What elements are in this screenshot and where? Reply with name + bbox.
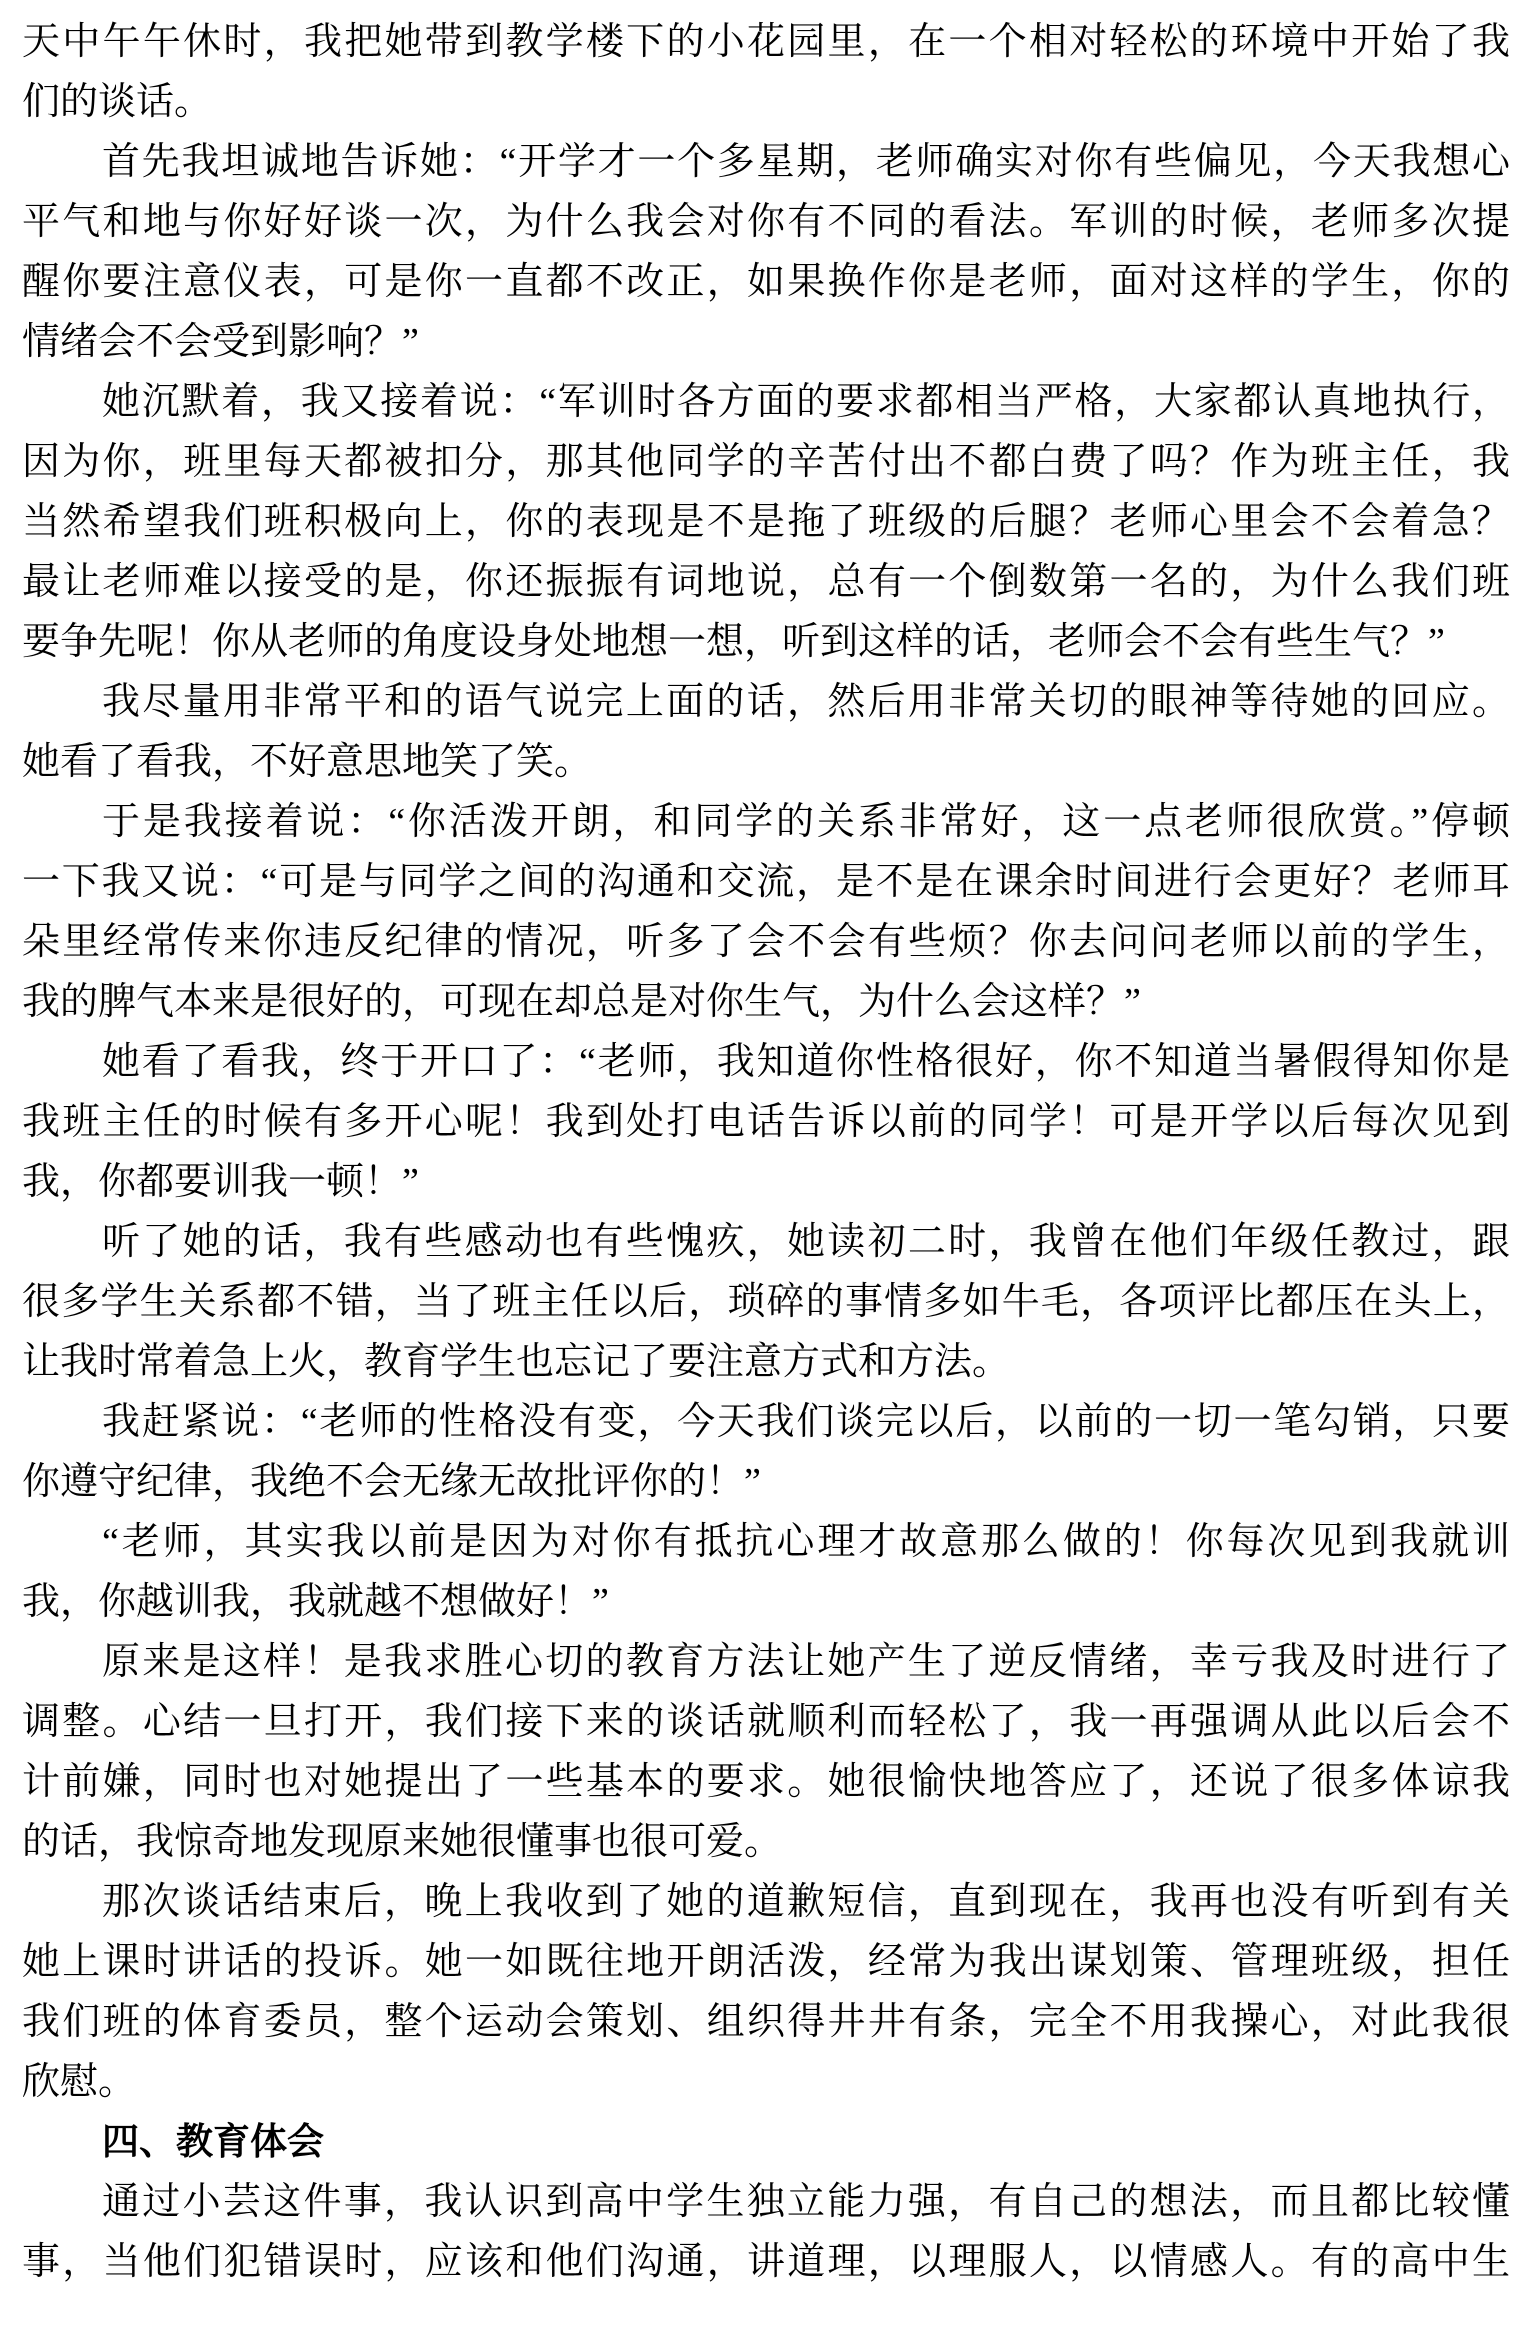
text-line: 听了她的话，我有些感动也有些愧疚，她读初二时，我曾在他们年级任教过，跟 [22, 1212, 1510, 1272]
text-line: 首先我坦诚地告诉她：“开学才一个多星期，老师确实对你有些偏见，今天我想心 [22, 132, 1510, 192]
text-line: 我班主任的时候有多开心呢！我到处打电话告诉以前的同学！可是开学以后每次见到 [22, 1092, 1510, 1152]
section-heading: 四、教育体会 [22, 2112, 1510, 2172]
text-line: 们的谈话。 [22, 72, 1510, 132]
text-line: 朵里经常传来你违反纪律的情况，听多了会不会有些烦？你去问问老师以前的学生， [22, 912, 1510, 972]
text-line: 情绪会不会受到影响？” [22, 312, 1510, 372]
text-line: 她沉默着，我又接着说：“军训时各方面的要求都相当严格，大家都认真地执行， [22, 372, 1510, 432]
text-line: 我，你越训我，我就越不想做好！” [22, 1572, 1510, 1632]
paragraph: 我赶紧说：“老师的性格没有变，今天我们谈完以后，以前的一切一笔勾销，只要你遵守纪… [22, 1392, 1510, 1512]
paragraph: 我尽量用非常平和的语气说完上面的话，然后用非常关切的眼神等待她的回应。她看了看我… [22, 672, 1510, 792]
text-line: 通过小芸这件事，我认识到高中学生独立能力强，有自己的想法，而且都比较懂 [22, 2172, 1510, 2232]
text-line: 计前嫌，同时也对她提出了一些基本的要求。她很愉快地答应了，还说了很多体谅我 [22, 1752, 1510, 1812]
paragraph: 通过小芸这件事，我认识到高中学生独立能力强，有自己的想法，而且都比较懂事，当他们… [22, 2172, 1510, 2292]
text-line: 让我时常着急上火，教育学生也忘记了要注意方式和方法。 [22, 1332, 1510, 1392]
text-line: 当然希望我们班积极向上，你的表现是不是拖了班级的后腿？老师心里会不会着急？ [22, 492, 1510, 552]
text-line: 醒你要注意仪表，可是你一直都不改正，如果换作你是老师，面对这样的学生，你的 [22, 252, 1510, 312]
text-line: 事，当他们犯错误时，应该和他们沟通，讲道理，以理服人，以情感人。有的高中生 [22, 2232, 1510, 2292]
text-line: 天中午午休时，我把她带到教学楼下的小花园里，在一个相对轻松的环境中开始了我 [22, 12, 1510, 72]
text-line: 她看了看我，不好意思地笑了笑。 [22, 732, 1510, 792]
text-line: 我们班的体育委员，整个运动会策划、组织得井井有条，完全不用我操心，对此我很 [22, 1992, 1510, 2052]
text-line: 她上课时讲话的投诉。她一如既往地开朗活泼，经常为我出谋划策、管理班级，担任 [22, 1932, 1510, 1992]
text-line: 很多学生关系都不错，当了班主任以后，琐碎的事情多如牛毛，各项评比都压在头上， [22, 1272, 1510, 1332]
text-line: 一下我又说：“可是与同学之间的沟通和交流，是不是在课余时间进行会更好？老师耳 [22, 852, 1510, 912]
text-line: 你遵守纪律，我绝不会无缘无故批评你的！” [22, 1452, 1510, 1512]
text-line: 我尽量用非常平和的语气说完上面的话，然后用非常关切的眼神等待她的回应。 [22, 672, 1510, 732]
paragraph: 那次谈话结束后，晚上我收到了她的道歉短信，直到现在，我再也没有听到有关她上课时讲… [22, 1872, 1510, 2112]
text-line: 的话，我惊奇地发现原来她很懂事也很可爱。 [22, 1812, 1510, 1872]
text-line: 她看了看我，终于开口了：“老师，我知道你性格很好，你不知道当暑假得知你是 [22, 1032, 1510, 1092]
paragraph: 她看了看我，终于开口了：“老师，我知道你性格很好，你不知道当暑假得知你是我班主任… [22, 1032, 1510, 1212]
text-line: 欣慰。 [22, 2052, 1510, 2112]
paragraph: 她沉默着，我又接着说：“军训时各方面的要求都相当严格，大家都认真地执行，因为你，… [22, 372, 1510, 672]
text-line: 原来是这样！是我求胜心切的教育方法让她产生了逆反情绪，幸亏我及时进行了 [22, 1632, 1510, 1692]
text-line: 最让老师难以接受的是，你还振振有词地说，总有一个倒数第一名的，为什么我们班 [22, 552, 1510, 612]
text-line: 要争先呢！你从老师的角度设身处地想一想，听到这样的话，老师会不会有些生气？” [22, 612, 1510, 672]
paragraph: 原来是这样！是我求胜心切的教育方法让她产生了逆反情绪，幸亏我及时进行了调整。心结… [22, 1632, 1510, 1872]
text-line: 我赶紧说：“老师的性格没有变，今天我们谈完以后，以前的一切一笔勾销，只要 [22, 1392, 1510, 1452]
text-line: 平气和地与你好好谈一次，为什么我会对你有不同的看法。军训的时候，老师多次提 [22, 192, 1510, 252]
document-page: 天中午午休时，我把她带到教学楼下的小花园里，在一个相对轻松的环境中开始了我们的谈… [0, 0, 1536, 2333]
text-line: 调整。心结一旦打开，我们接下来的谈话就顺利而轻松了，我一再强调从此以后会不 [22, 1692, 1510, 1752]
paragraph: 首先我坦诚地告诉她：“开学才一个多星期，老师确实对你有些偏见，今天我想心平气和地… [22, 132, 1510, 372]
paragraph: 天中午午休时，我把她带到教学楼下的小花园里，在一个相对轻松的环境中开始了我们的谈… [22, 12, 1510, 132]
text-line: “老师，其实我以前是因为对你有抵抗心理才故意那么做的！你每次见到我就训 [22, 1512, 1510, 1572]
text-line: 因为你，班里每天都被扣分，那其他同学的辛苦付出不都白费了吗？作为班主任，我 [22, 432, 1510, 492]
text-line: 于是我接着说：“你活泼开朗，和同学的关系非常好，这一点老师很欣赏。”停顿 [22, 792, 1510, 852]
text-line: 那次谈话结束后，晚上我收到了她的道歉短信，直到现在，我再也没有听到有关 [22, 1872, 1510, 1932]
paragraph: 听了她的话，我有些感动也有些愧疚，她读初二时，我曾在他们年级任教过，跟很多学生关… [22, 1212, 1510, 1392]
text-line: 我，你都要训我一顿！” [22, 1152, 1510, 1212]
paragraph: 于是我接着说：“你活泼开朗，和同学的关系非常好，这一点老师很欣赏。”停顿一下我又… [22, 792, 1510, 1032]
paragraph: “老师，其实我以前是因为对你有抵抗心理才故意那么做的！你每次见到我就训我，你越训… [22, 1512, 1510, 1632]
text-line: 我的脾气本来是很好的，可现在却总是对你生气，为什么会这样？” [22, 972, 1510, 1032]
